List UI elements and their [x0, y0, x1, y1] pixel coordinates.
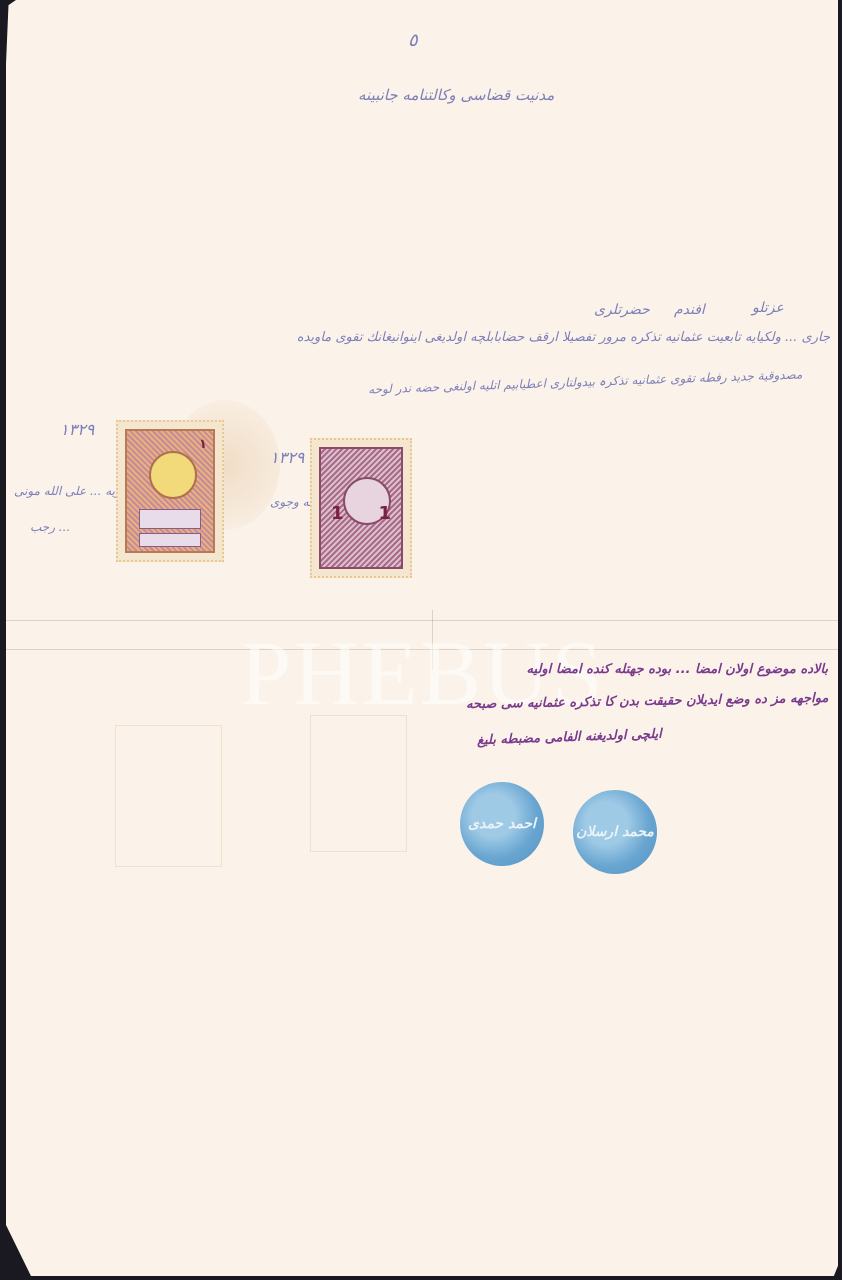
revenue-stamp-2: 1 1 [310, 438, 412, 578]
body-line-4: ... رجب [30, 520, 70, 534]
revenue-stamp-1: ١ [116, 420, 224, 562]
tughra-medallion [149, 451, 197, 499]
date-right: ۱۳۲۹ [270, 448, 304, 467]
annotation-line-1: بالاده موضوع اولان امضا ... بوده جهتله ک… [527, 662, 828, 677]
salutation-1: عزتلو [752, 300, 784, 316]
heading: مدنیت قضاسی وکالتنامه جانبینه [358, 86, 554, 104]
seal-right: محمد ارسلان [573, 790, 657, 874]
salutation-2: افندم [674, 302, 705, 318]
page-mark: ٥ [408, 30, 418, 51]
stamp-ghost [310, 715, 407, 852]
date-left: ۱۳۲۹ [60, 420, 94, 439]
salutation-3: حضرتلری [594, 302, 650, 318]
stamp-ghost [115, 725, 222, 867]
body-line-1: جاری ... ولكيايه تابعیت عثمانیه تذکره مر… [297, 330, 830, 345]
seal-left: احمد حمدی [460, 782, 544, 866]
